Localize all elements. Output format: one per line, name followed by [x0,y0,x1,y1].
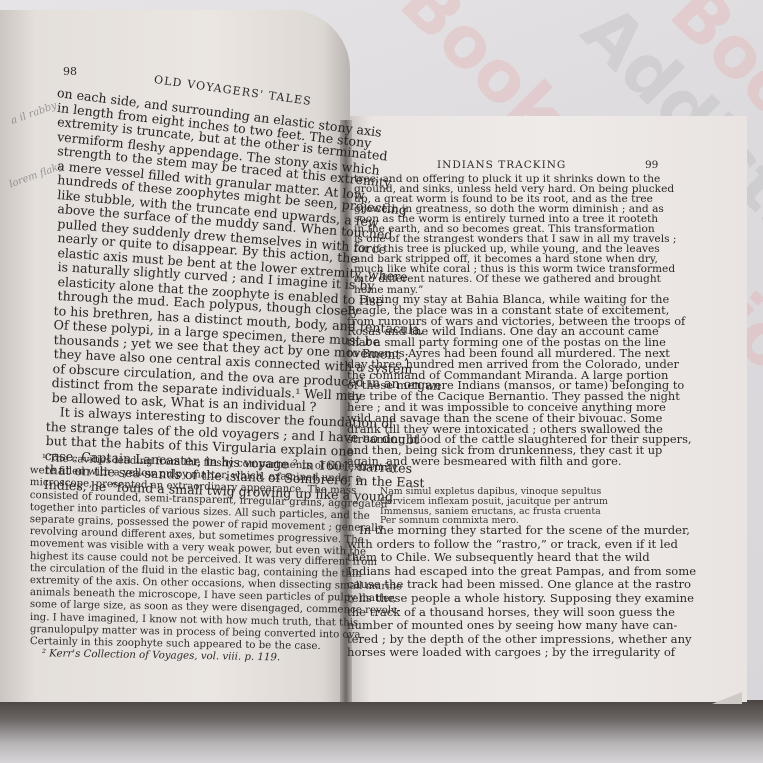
text-line: again, and were besmeared with filth and… [347,456,692,467]
text-line: In the morning they started for the scen… [347,524,696,538]
text-line: tells these people a whole history. Supp… [347,592,696,606]
right-body-text-a: tree, and on offering to pluck it up it … [354,174,744,295]
text-line: horses were loaded with cargoes ; by the… [347,646,696,660]
text-line: Indians had escaped into the great Pampa… [347,565,696,579]
text-line: number of mounted ones by seeing how man… [347,619,696,633]
right-running-head: INDIANS TRACKING [437,159,566,171]
right-body-text-c: In the morning they started for the scen… [347,524,696,660]
text-line: cause the track had been missed. One gla… [347,578,696,592]
right-page-number: 99 [645,159,658,171]
left-page-number: 98 [63,65,77,78]
book-shadow [0,700,763,763]
left-footnotes: ¹ The cavities leading from the fleshy c… [30,453,350,660]
text-line: them to Chile. We subsequently heard tha… [347,551,696,565]
text-line: tered ; by the depth of the other impres… [347,633,696,647]
latin-verse: Nam simul expletus dapibus, vinoque sepu… [380,487,608,526]
right-body-text-b: During my stay at Bahia Blanca, while wa… [347,294,692,467]
text-line: into different natures. Of these we gath… [354,274,744,284]
dog-ear-corner [712,692,742,704]
left-body-text: on each side, and surrounding an elastic… [58,86,358,492]
text-line: the track of a thousand horses, they wil… [347,606,696,620]
text-line: with orders to follow the “rastro,” or t… [347,538,696,552]
